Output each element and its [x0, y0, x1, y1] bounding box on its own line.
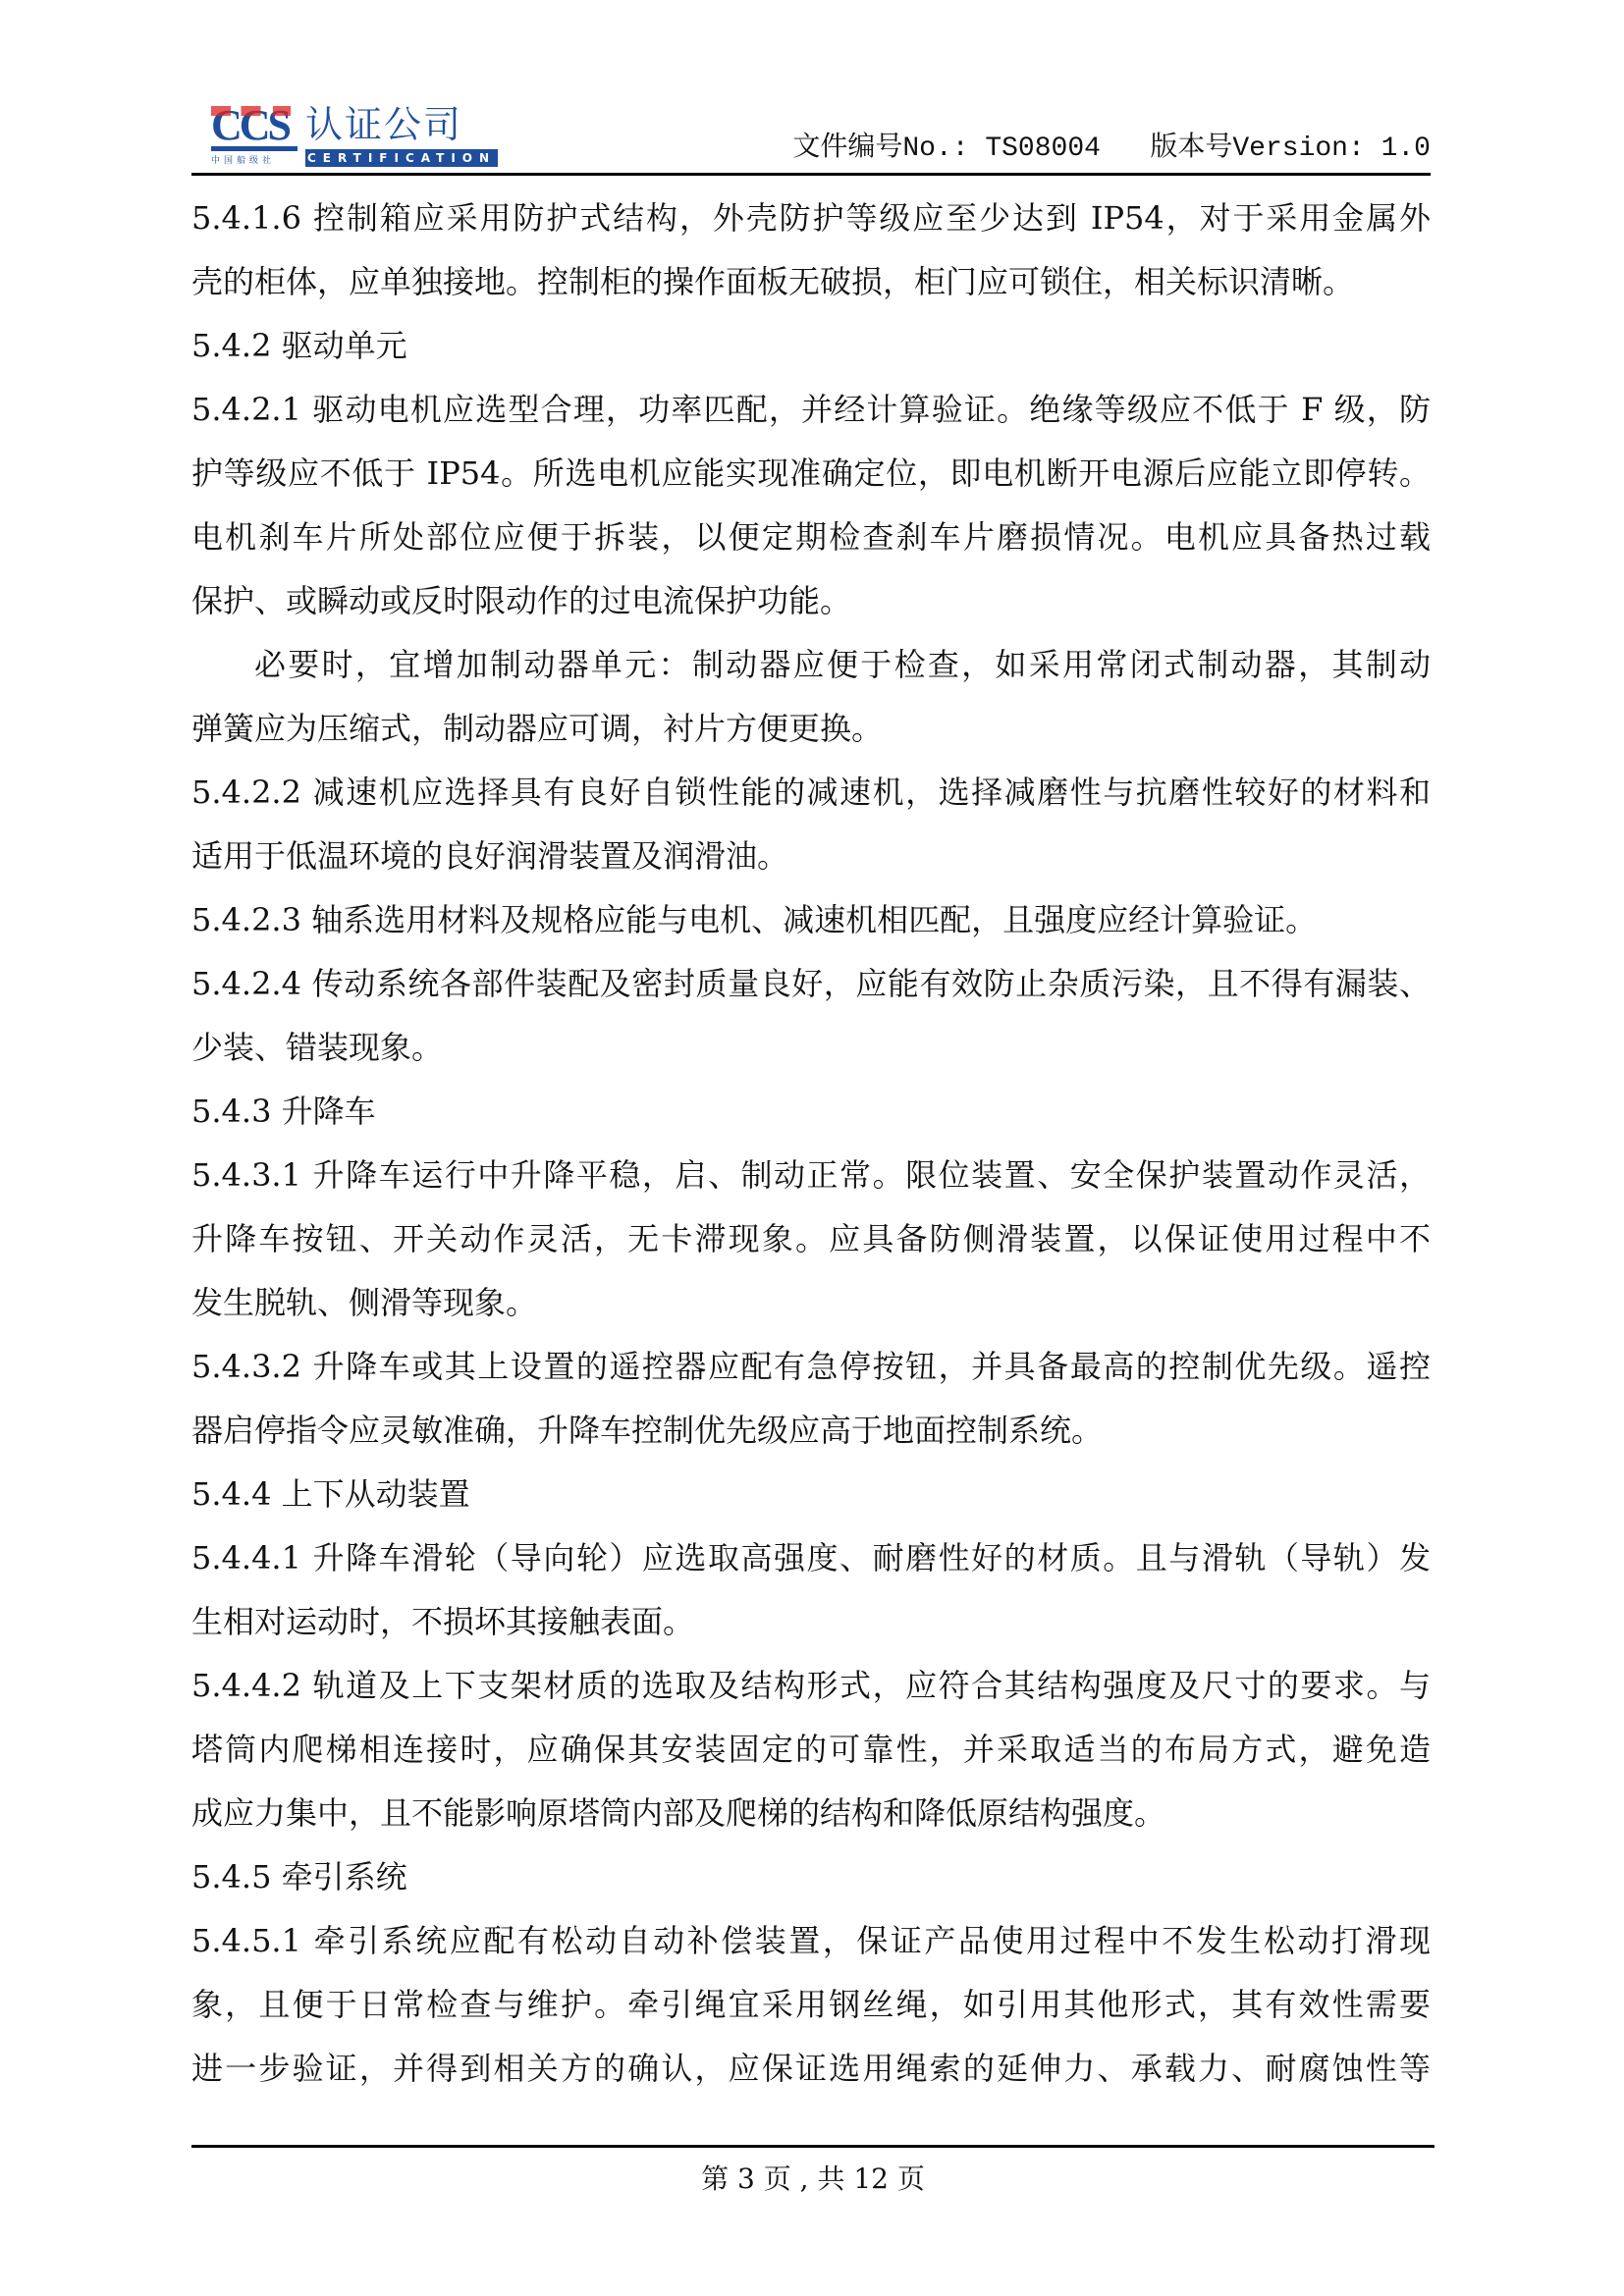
footer-rule — [191, 2145, 1435, 2148]
logo-red-accent — [211, 106, 299, 116]
logo-certification-bar: CERTIFICATION — [305, 149, 498, 167]
logo-chinese-name: 认证公司 — [305, 104, 462, 145]
text-line: 壳的柜体，应单独接地。控制柜的操作面板无破损，柜门应可锁住，相关标识清晰。 — [191, 250, 1431, 314]
text-line: 5.4.3.1 升降车运行中升降平稳，启、制动正常。限位装置、安全保护装置动作灵… — [191, 1144, 1431, 1207]
text-line: 5.4.4 上下从动装置 — [191, 1463, 1431, 1526]
page-header: CCS 中国船级社 认证公司 CERTIFICATION 文件编号No.: TS… — [191, 98, 1431, 177]
text-line: 5.4.2.4 传动系统各部件装配及密封质量良好，应能有效防止杂质污染，且不得有… — [191, 952, 1431, 1016]
text-line: 适用于低温环境的良好润滑装置及润滑油。 — [191, 825, 1431, 888]
text-line: 发生脱轨、侧滑等现象。 — [191, 1271, 1431, 1335]
text-line: 象，且便于日常检查与维护。牵引绳宜采用钢丝绳，如引用其他形式，其有效性需要 — [191, 1973, 1431, 2037]
text-line: 5.4.4.1 升降车滑轮（导向轮）应选取高强度、耐磨性好的材质。且与滑轨（导轨… — [191, 1526, 1431, 1590]
logo-subtitle: 中国船级社 — [211, 153, 275, 166]
text-line: 生相对运动时，不损坏其接触表面。 — [191, 1590, 1431, 1654]
text-line: 少装、错装现象。 — [191, 1016, 1431, 1080]
text-line: 5.4.3 升降车 — [191, 1080, 1431, 1144]
document-body: 5.4.1.6 控制箱应采用防护式结构，外壳防护等级应至少达到 IP54，对于采… — [191, 187, 1431, 2101]
text-line: 5.4.1.6 控制箱应采用防护式结构，外壳防护等级应至少达到 IP54，对于采… — [191, 187, 1431, 250]
text-line: 器启停指令应灵敏准确，升降车控制优先级应高于地面控制系统。 — [191, 1399, 1431, 1463]
text-line: 5.4.5 牵引系统 — [191, 1845, 1431, 1909]
text-line: 塔筒内爬梯相连接时，应确保其安装固定的可靠性，并采取适当的布局方式，避免造 — [191, 1718, 1431, 1782]
text-line: 必要时，宜增加制动器单元：制动器应便于检查，如采用常闭式制动器，其制动 — [191, 633, 1431, 697]
text-line: 5.4.2.3 轴系选用材料及规格应能与电机、减速机相匹配，且强度应经计算验证。 — [191, 888, 1431, 952]
text-line: 电机刹车片所处部位应便于拆装，以便定期检查刹车片磨损情况。电机应具备热过载 — [191, 506, 1431, 569]
ccs-certification-logo: CCS 中国船级社 认证公司 CERTIFICATION — [211, 106, 506, 167]
text-line: 5.4.2 驱动单元 — [191, 314, 1431, 378]
text-line: 保护、或瞬动或反时限动作的过电流保护功能。 — [191, 569, 1431, 633]
logo-band — [211, 146, 298, 151]
text-line: 弹簧应为压缩式，制动器应可调，衬片方便更换。 — [191, 697, 1431, 761]
text-line: 进一步验证，并得到相关方的确认，应保证选用绳索的延伸力、承载力、耐腐蚀性等 — [191, 2037, 1431, 2101]
document-number-version: 文件编号No.: TS08004 版本号Version: 1.0 — [792, 132, 1431, 167]
text-line: 5.4.2.1 驱动电机应选型合理，功率匹配，并经计算验证。绝缘等级应不低于 F… — [191, 378, 1431, 442]
page-number: 第 3 页 , 共 12 页 — [191, 2160, 1435, 2199]
text-line: 5.4.5.1 牵引系统应配有松动自动补偿装置，保证产品使用过程中不发生松动打滑… — [191, 1909, 1431, 1973]
text-line: 5.4.2.2 减速机应选择具有良好自锁性能的减速机，选择减磨性与抗磨性较好的材… — [191, 761, 1431, 825]
text-line: 5.4.4.2 轨道及上下支架材质的选取及结构形式，应符合其结构强度及尺寸的要求… — [191, 1654, 1431, 1718]
text-line: 5.4.3.2 升降车或其上设置的遥控器应配有急停按钮，并具备最高的控制优先级。… — [191, 1335, 1431, 1399]
text-line: 护等级应不低于 IP54。所选电机应能实现准确定位，即电机断开电源后应能立即停转… — [191, 442, 1431, 506]
text-line: 升降车按钮、开关动作灵活，无卡滞现象。应具备防侧滑装置，以保证使用过程中不 — [191, 1207, 1431, 1271]
text-line: 成应力集中，且不能影响原塔筒内部及爬梯的结构和降低原结构强度。 — [191, 1782, 1431, 1845]
header-rule — [191, 173, 1431, 176]
